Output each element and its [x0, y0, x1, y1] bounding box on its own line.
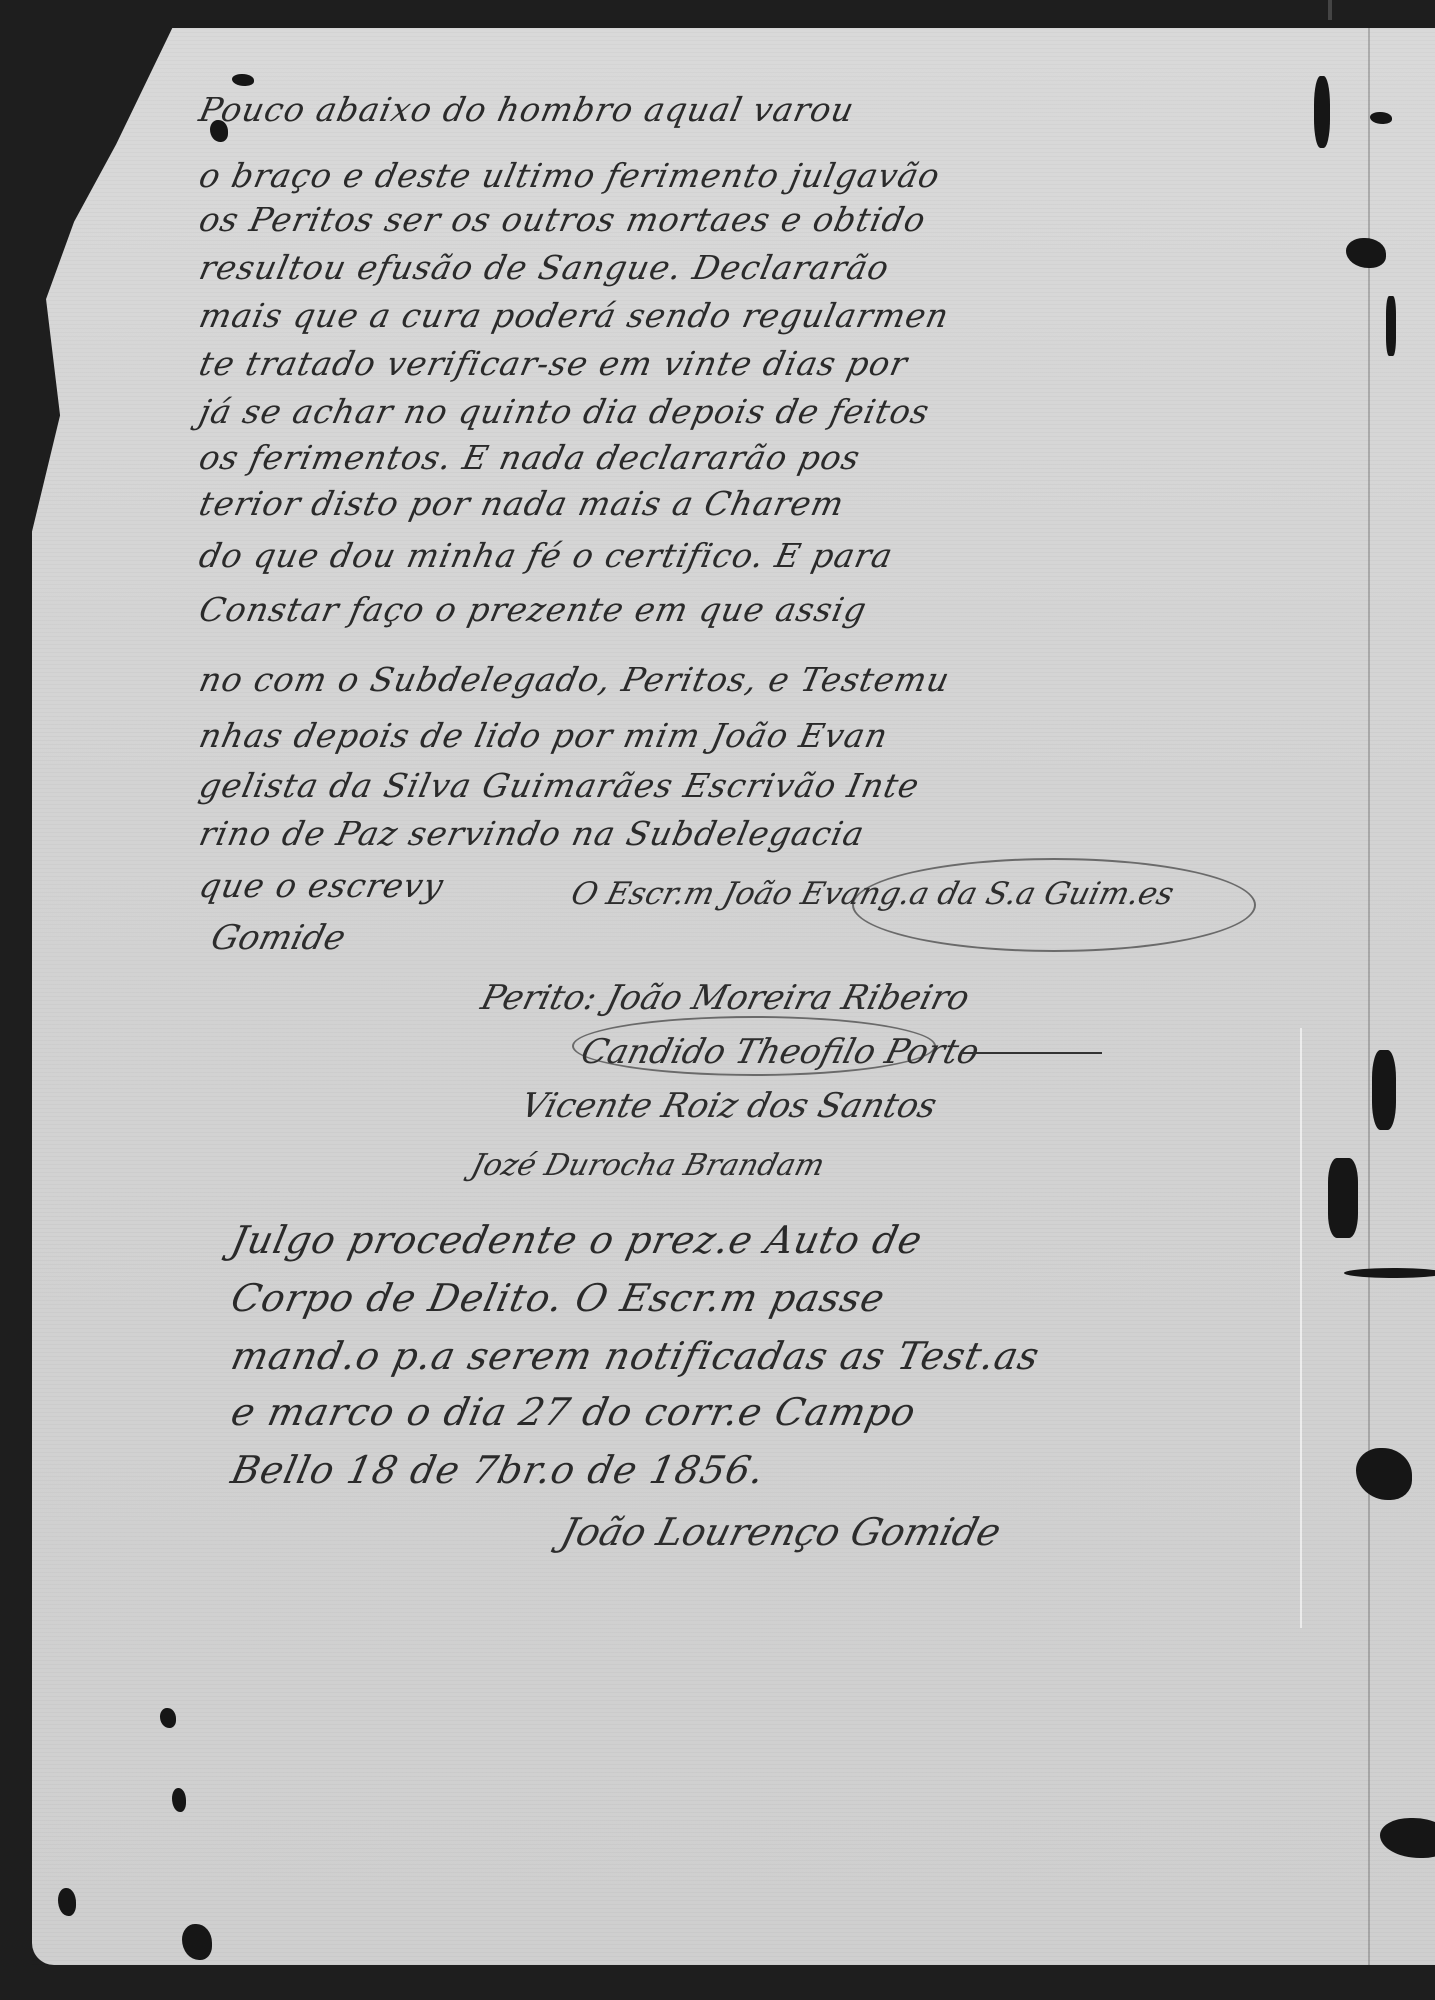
- signature-witness-2: Jozé Durocha Brandam: [468, 1148, 828, 1183]
- body-line-10: do que dou minha fé o certifico. E para: [196, 536, 897, 575]
- ink-blot: [1372, 1050, 1396, 1130]
- judge-signature: João Lourenço Gomide: [557, 1510, 1006, 1554]
- body-line-3: os Peritos ser os outros mortaes e obtid…: [196, 200, 930, 239]
- body-line-4: resultou efusão de Sangue. Declararão: [196, 248, 893, 287]
- body-line-12: no com o Subdelegado, Peritos, e Testemu: [196, 660, 954, 699]
- ink-blot: [1328, 1158, 1358, 1238]
- despacho-line-2: Corpo de Delito. O Escr.m passe: [227, 1276, 889, 1320]
- strikethrough-mark: [962, 1052, 1102, 1054]
- signature-perito-1: Perito: João Moreira Ribeiro: [477, 978, 973, 1018]
- scanner-edge-mark: [1328, 0, 1332, 20]
- body-line-1: Pouco abaixo do hombro aqual varou: [196, 90, 858, 129]
- ink-blot: [1314, 76, 1330, 148]
- page-fold-line: [1368, 28, 1370, 1965]
- despacho-line-1: Julgo procedente o prez.e Auto de: [227, 1218, 926, 1262]
- signature-flourish: [852, 858, 1256, 952]
- body-line-8: os ferimentos. E nada declararão pos: [196, 438, 864, 477]
- body-line-14: gelista da Silva Guimarães Escrivão Inte: [196, 766, 923, 805]
- ink-blot: [1370, 112, 1392, 124]
- body-line-15: rino de Paz servindo na Subdelegacia: [196, 814, 868, 853]
- ink-blot: [160, 1708, 176, 1728]
- despacho-line-4: e marco o dia 27 do corr.e Campo: [227, 1390, 920, 1434]
- signature-witness-1: Vicente Roiz dos Santos: [517, 1086, 941, 1126]
- body-line-11: Constar faço o prezente em que assig: [196, 590, 871, 629]
- signature-flourish-perito-2: [572, 1016, 936, 1076]
- body-line-5: mais que a cura poderá sendo regularmen: [196, 296, 953, 335]
- body-line-6: te tratado verificar-se em vinte dias po…: [196, 344, 912, 383]
- body-line-13: nhas depois de lido por mim João Evan: [196, 716, 892, 755]
- body-line-9: terior disto por nada mais a Charem: [196, 484, 848, 523]
- ink-blot: [58, 1888, 76, 1916]
- marginal-name-gomide: Gomide: [207, 918, 350, 958]
- ink-blot: [210, 120, 228, 142]
- ink-blot: [232, 74, 254, 86]
- ink-blot: [1344, 1268, 1435, 1278]
- body-line-16: que o escrevy: [196, 866, 448, 905]
- manuscript-page: Pouco abaixo do hombro aqual varou o bra…: [32, 28, 1435, 1965]
- despacho-line-5: Bello 18 de 7br.o de 1856.: [227, 1448, 769, 1492]
- body-line-2: o braço e deste ultimo ferimento julgavã…: [196, 156, 944, 195]
- despacho-line-3: mand.o p.a serem notificadas as Test.as: [227, 1334, 1043, 1378]
- ink-blot: [1386, 296, 1396, 356]
- body-line-7: já se achar no quinto dia depois de feit…: [196, 392, 933, 431]
- page-crease: [1300, 1028, 1302, 1628]
- ink-blot: [172, 1788, 186, 1812]
